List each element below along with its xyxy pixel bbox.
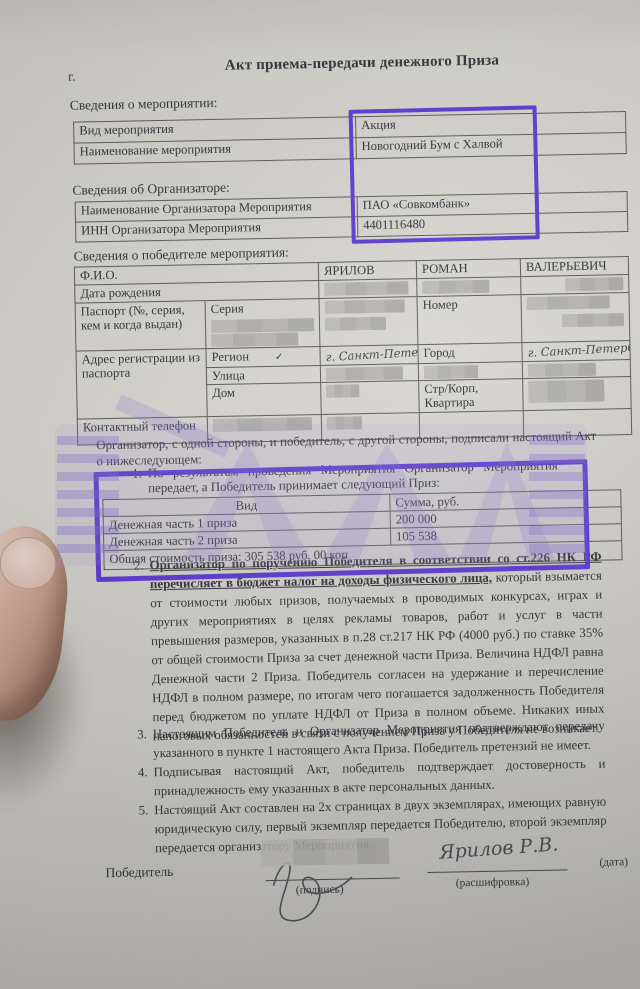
field-label: ИНН Организатора Мероприятия xyxy=(76,217,358,242)
field-label: Дом xyxy=(207,382,322,416)
date-caption: (дата) xyxy=(599,856,628,869)
field-value: РОМАН xyxy=(416,259,520,279)
item-number: 5. xyxy=(128,801,149,858)
field-value xyxy=(319,297,418,347)
handwritten-decode: Ярилов Р.В. xyxy=(439,836,559,860)
field-value xyxy=(418,362,522,381)
redaction-patch xyxy=(325,299,405,314)
field-label: Паспорт (№, серия, кем и когда выдан) xyxy=(75,301,206,351)
winner-section-heading: Сведения о победителе мероприятия: xyxy=(74,245,290,265)
field-label: Регион✓ xyxy=(206,346,320,367)
redaction-patch xyxy=(211,318,314,333)
field-value xyxy=(521,275,629,295)
field-value xyxy=(522,360,630,379)
highlight-box-event-values xyxy=(349,105,540,244)
event-section-heading: Сведения о мероприятии: xyxy=(70,95,218,114)
field-label: Стр/Корп, Квартира xyxy=(419,379,524,413)
field-label: Номер xyxy=(423,297,458,312)
field-value: г. Санкт-Петербург xyxy=(320,345,418,366)
field-value: г. Санкт-Петерб xyxy=(522,341,630,362)
handwritten-name: Ярилов Р.В. xyxy=(438,833,558,863)
field-label: Регион xyxy=(211,349,249,364)
check-mark: ✓ xyxy=(275,352,284,363)
document-title: Акт приема-передачи денежного Приза xyxy=(132,51,592,77)
field-value: ВАЛЕРЬЕВИЧ xyxy=(520,257,628,277)
redaction-patch xyxy=(527,295,611,310)
winner-table: Ф.И.О. ЯРИЛОВ РОМАН ВАЛЕРЬЕВИЧ Дата рожд… xyxy=(74,256,632,446)
redaction-patch xyxy=(424,365,478,379)
handwritten-region: г. Санкт-Петербург xyxy=(325,345,418,364)
document-photo: г. Акт приема-передачи денежного Приза С… xyxy=(0,0,640,989)
organizer-section-heading: Сведения об Организаторе: xyxy=(72,180,230,199)
field-label: Наименование мероприятия xyxy=(74,138,356,164)
field-label: Серия xyxy=(205,298,320,348)
redaction-patch xyxy=(213,417,312,432)
handwritten-city: г. Санкт-Петерб xyxy=(527,341,630,360)
redaction-patch xyxy=(528,380,604,403)
item-number: 3. xyxy=(127,725,148,763)
redaction-patch xyxy=(326,384,359,398)
field-value xyxy=(521,293,630,343)
redaction-patch xyxy=(565,277,623,291)
item-number: 2. xyxy=(123,556,147,746)
field-value xyxy=(319,279,417,299)
field-label: Номер xyxy=(417,295,522,345)
redaction-patch xyxy=(325,317,386,331)
field-label: Город xyxy=(418,343,522,364)
redaction-patch xyxy=(261,838,389,866)
redaction-patch xyxy=(326,366,403,380)
highlight-box-prize xyxy=(93,459,590,582)
field-value xyxy=(321,381,420,415)
redaction-patch xyxy=(422,280,489,294)
winner-signature-label: Победитель xyxy=(105,864,173,881)
field-value xyxy=(320,364,418,383)
redaction-patch xyxy=(528,363,596,377)
redaction-patch xyxy=(324,281,408,296)
field-value xyxy=(523,377,632,411)
decode-line xyxy=(428,869,568,873)
field-label: Адрес регистрации из паспорта xyxy=(76,349,207,419)
field-value: ЯРИЛОВ xyxy=(318,261,416,281)
field-label: Серия xyxy=(211,301,244,316)
redaction-patch xyxy=(562,313,624,327)
decode-caption: (расшифровка) xyxy=(456,876,530,889)
field-value xyxy=(417,277,521,297)
act-document: г. Акт приема-передачи денежного Приза С… xyxy=(0,0,640,989)
field-label: Улица xyxy=(206,365,320,384)
item-number: 4. xyxy=(127,763,148,801)
redaction-patch xyxy=(211,332,298,347)
city-line: г. xyxy=(68,69,75,85)
redaction-patch xyxy=(327,416,362,430)
